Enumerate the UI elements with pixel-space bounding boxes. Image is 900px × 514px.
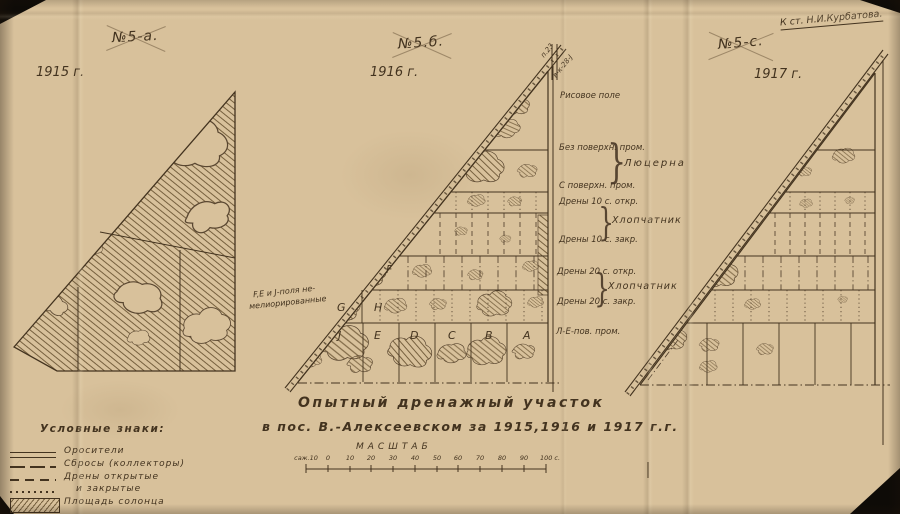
plot-letter-g: G <box>337 302 346 314</box>
legend-item-open-drains: Дрены открытые <box>64 473 159 483</box>
scanned-sheet: №5-а. 1915 г. №5.б. 1916 г. №5-с. 1917 г… <box>0 0 900 514</box>
scale-tick: 0 <box>326 455 330 462</box>
scale-tick: 100 с. <box>540 455 560 462</box>
legend-symbol-closed-drains <box>10 491 56 493</box>
sheet-b-number: №5.б. <box>398 34 445 53</box>
legend-item-closed-drains: и закрытые <box>76 485 141 495</box>
plot-letter-j: J <box>338 330 341 342</box>
band-no-surface-wash: Без поверхн. пром. <box>559 144 645 153</box>
scale-tick: саж.10 <box>294 455 318 462</box>
scale-label: МАСШТАБ <box>356 443 432 453</box>
sheet-c-year: 1917 г. <box>754 68 802 82</box>
legend-title: Условные знаки: <box>40 424 165 436</box>
sheet-a-year: 1915 г. <box>36 66 84 80</box>
legend-symbol-solonetz <box>10 498 60 513</box>
legend-symbol-irrigators <box>10 452 56 458</box>
crop-cotton1: Хлопчатник <box>612 216 682 226</box>
plot-letter-h: H <box>374 302 382 314</box>
scale-tick: 90 <box>520 455 528 462</box>
legend-item-collectors: Сбросы (коллекторы) <box>64 460 185 470</box>
scale-tick: 70 <box>476 455 484 462</box>
scale-bar <box>306 464 546 473</box>
scale-tick: 50 <box>433 455 441 462</box>
scale-tick: 20 <box>367 455 375 462</box>
plan-1915 <box>14 92 235 371</box>
band-rice: Рисовое поле <box>560 92 620 101</box>
plot-letter-d: D <box>410 330 418 342</box>
band-surface-wash-le: Л-Е-пов. пром. <box>556 328 620 337</box>
plot-letter-c: C <box>448 330 456 342</box>
legend-symbol-open-drains <box>10 479 56 481</box>
crop-lucerne: Люцерна <box>624 158 686 169</box>
legend-item-irrigators: Оросители <box>64 447 124 457</box>
map-title-line1: Опытный дренажный участок <box>298 396 604 411</box>
plot-letter-e: E <box>374 330 381 342</box>
scale-tick: 40 <box>411 455 419 462</box>
map-title-line2: в пос. В.-Алексеевском за 1915,1916 и 19… <box>262 420 679 434</box>
plan-1917 <box>625 50 890 445</box>
scale-tick: 10 <box>346 455 354 462</box>
legend-symbol-collectors <box>10 466 56 468</box>
scale-tick: 80 <box>498 455 506 462</box>
crop-cotton2: Хлопчатник <box>608 282 678 292</box>
plot-letter-f: F <box>386 264 392 276</box>
scale-tick: 60 <box>454 455 462 462</box>
sheet-b-year: 1916 г. <box>370 66 418 80</box>
plot-letter-a: A <box>523 330 531 342</box>
scale-tick: 30 <box>389 455 397 462</box>
sheet-a-number: №5-а. <box>112 29 159 47</box>
plot-letter-b: B <box>485 330 493 342</box>
legend-item-solonetz: Площадь солонца <box>64 498 165 508</box>
